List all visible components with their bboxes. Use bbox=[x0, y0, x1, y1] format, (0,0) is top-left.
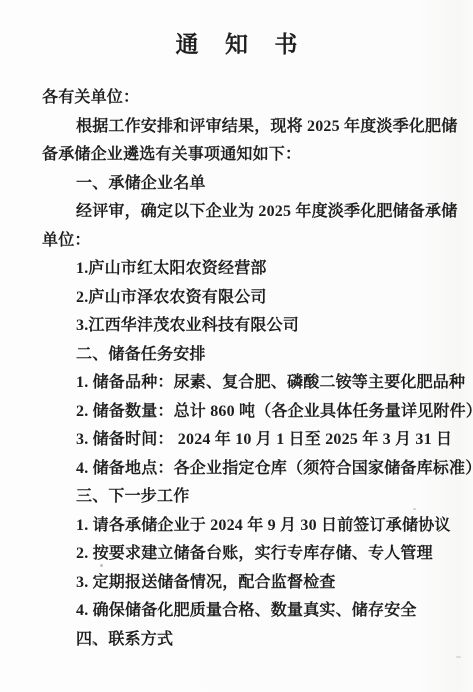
intro-line-1: 根据工作安排和评审结果，现将 2025 年度淡季化肥储 bbox=[42, 113, 442, 142]
evaluation-line-2: 单位： bbox=[42, 227, 442, 256]
evaluation-line-1: 经评审，确定以下企业为 2025 年度淡季化肥储备承储 bbox=[42, 198, 442, 227]
scan-artifact bbox=[92, 642, 95, 645]
intro-line-2: 备承储企业遴选有关事项通知如下： bbox=[42, 141, 442, 170]
section-2-heading: 二、储备任务安排 bbox=[42, 341, 442, 370]
next-step-item-1: 1. 请各承储企业于 2024 年 9 月 30 日前签订承储协议 bbox=[42, 512, 442, 541]
scan-artifact bbox=[413, 508, 416, 510]
company-item-1: 1.庐山市红太阳农资经营部 bbox=[42, 255, 442, 284]
task-item-time: 3. 储备时间： 2024 年 10 月 1 日至 2025 年 3 月 31 … bbox=[42, 426, 442, 455]
section-3-heading: 三、下一步工作 bbox=[42, 483, 442, 512]
task-item-quantity: 2. 储备数量：总计 860 吨（各企业具体任务量详见附件） bbox=[42, 398, 442, 427]
section-4-heading: 四、联系方式 bbox=[42, 626, 442, 655]
section-1-heading: 一、承储企业名单 bbox=[42, 170, 442, 199]
document-body: 各有关单位： 根据工作安排和评审结果，现将 2025 年度淡季化肥储 备承储企业… bbox=[42, 84, 442, 654]
scan-artifact bbox=[100, 564, 103, 567]
next-step-item-4: 4. 确保储备化肥质量合格、数量真实、储存安全 bbox=[42, 597, 442, 626]
salutation-line: 各有关单位： bbox=[42, 84, 442, 113]
company-item-2: 2.庐山市泽农农资有限公司 bbox=[42, 284, 442, 313]
company-item-3: 3.江西华沣茂农业科技有限公司 bbox=[42, 312, 442, 341]
notice-document-page: 通知书 各有关单位： 根据工作安排和评审结果，现将 2025 年度淡季化肥储 备… bbox=[0, 0, 473, 692]
scan-artifact bbox=[456, 656, 461, 658]
document-title: 通知书 bbox=[0, 26, 473, 59]
task-item-variety: 1. 储备品种：尿素、复合肥、磷酸二铵等主要化肥品种 bbox=[42, 369, 442, 398]
next-step-item-3: 3. 定期报送储备情况，配合监督检查 bbox=[42, 569, 442, 598]
task-item-location: 4. 储备地点：各企业指定仓库（须符合国家储备库标准） bbox=[42, 455, 442, 484]
